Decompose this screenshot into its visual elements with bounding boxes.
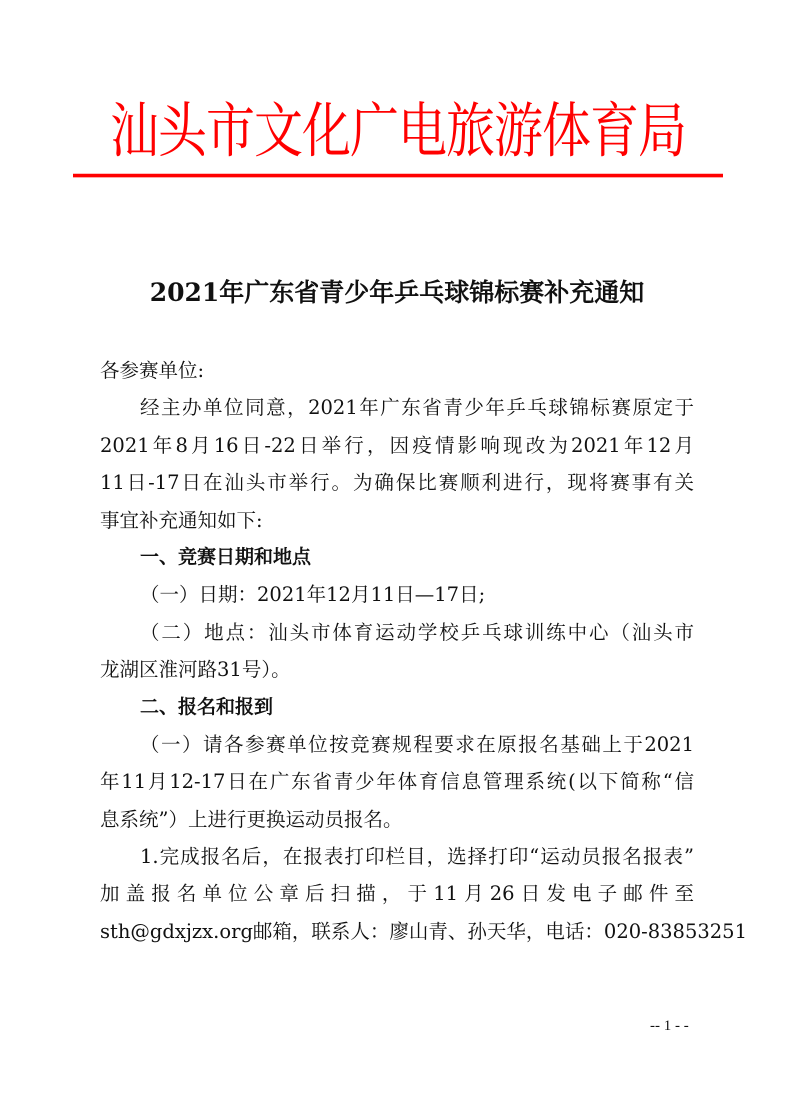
document-body: 各参赛单位: 经主办单位同意，2021年广东省青少年乒乓球锦标赛原定于 2021… xyxy=(100,352,694,950)
paragraph-line: （一）请各参赛单位按竞赛规程要求在原报名基础上于2021 xyxy=(100,726,694,763)
paragraph-line: 龙湖区淮河路31号）。 xyxy=(100,651,694,688)
paragraph-line-contact: sth@gdxjzx.org邮箱，联系人：廖山青、孙天华，电话：020-8385… xyxy=(100,913,694,950)
paragraph-line: 1.完成报名后，在报表打印栏目，选择打印“运动员报名报表” xyxy=(100,838,694,875)
document-title: 2021年广东省青少年乒乓球锦标赛补充通知 xyxy=(0,276,794,310)
section-heading-1: 一、竞赛日期和地点 xyxy=(100,539,694,576)
paragraph-line: 事宜补充通知如下: xyxy=(100,502,694,539)
section-heading-2: 二、报名和报到 xyxy=(100,689,694,726)
paragraph-line: 加盖报名单位公章后扫描，于11月26日发电子邮件至 xyxy=(100,875,694,912)
masthead: 汕头市文化广电旅游体育局 xyxy=(73,96,723,166)
paragraph-line: 2021年8月16日-22日举行，因疫情影响现改为2021年12月 xyxy=(100,427,694,464)
masthead-title: 汕头市文化广电旅游体育局 xyxy=(110,101,686,161)
paragraph-line: （二）地点：汕头市体育运动学校乒乓球训练中心（汕头市 xyxy=(100,614,694,651)
page-number: -- 1 - - xyxy=(650,1018,689,1035)
masthead-red-rule xyxy=(73,174,723,177)
paragraph-line: 息系统”）上进行更换运动员报名。 xyxy=(100,801,694,838)
salutation: 各参赛单位: xyxy=(100,352,694,389)
paragraph-line: （一）日期：2021年12月11日—17日; xyxy=(100,576,694,613)
paragraph-line: 年11月12-17日在广东省青少年体育信息管理系统(以下简称“信 xyxy=(100,763,694,800)
paragraph-line: 经主办单位同意，2021年广东省青少年乒乓球锦标赛原定于 xyxy=(100,389,694,426)
paragraph-line: 11日-17日在汕头市举行。为确保比赛顺利进行，现将赛事有关 xyxy=(100,464,694,501)
document-page: 汕头市文化广电旅游体育局 2021年广东省青少年乒乓球锦标赛补充通知 各参赛单位… xyxy=(0,0,794,1108)
